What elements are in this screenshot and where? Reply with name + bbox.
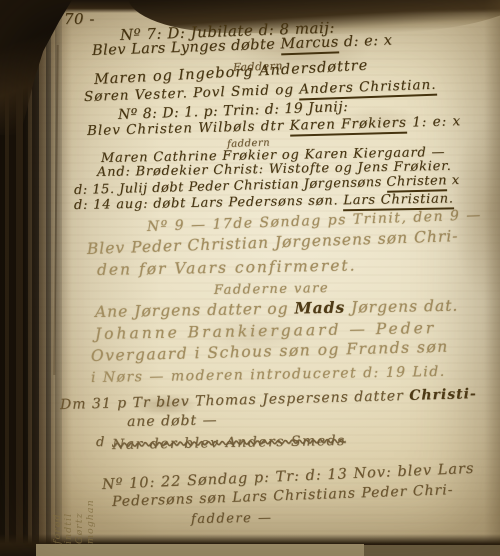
manuscript-page-scan: 70 - Nº 7: D: Jubilate d: 8 maij: Blev L…: [0, 0, 500, 556]
vignette-overlay: [0, 0, 500, 556]
